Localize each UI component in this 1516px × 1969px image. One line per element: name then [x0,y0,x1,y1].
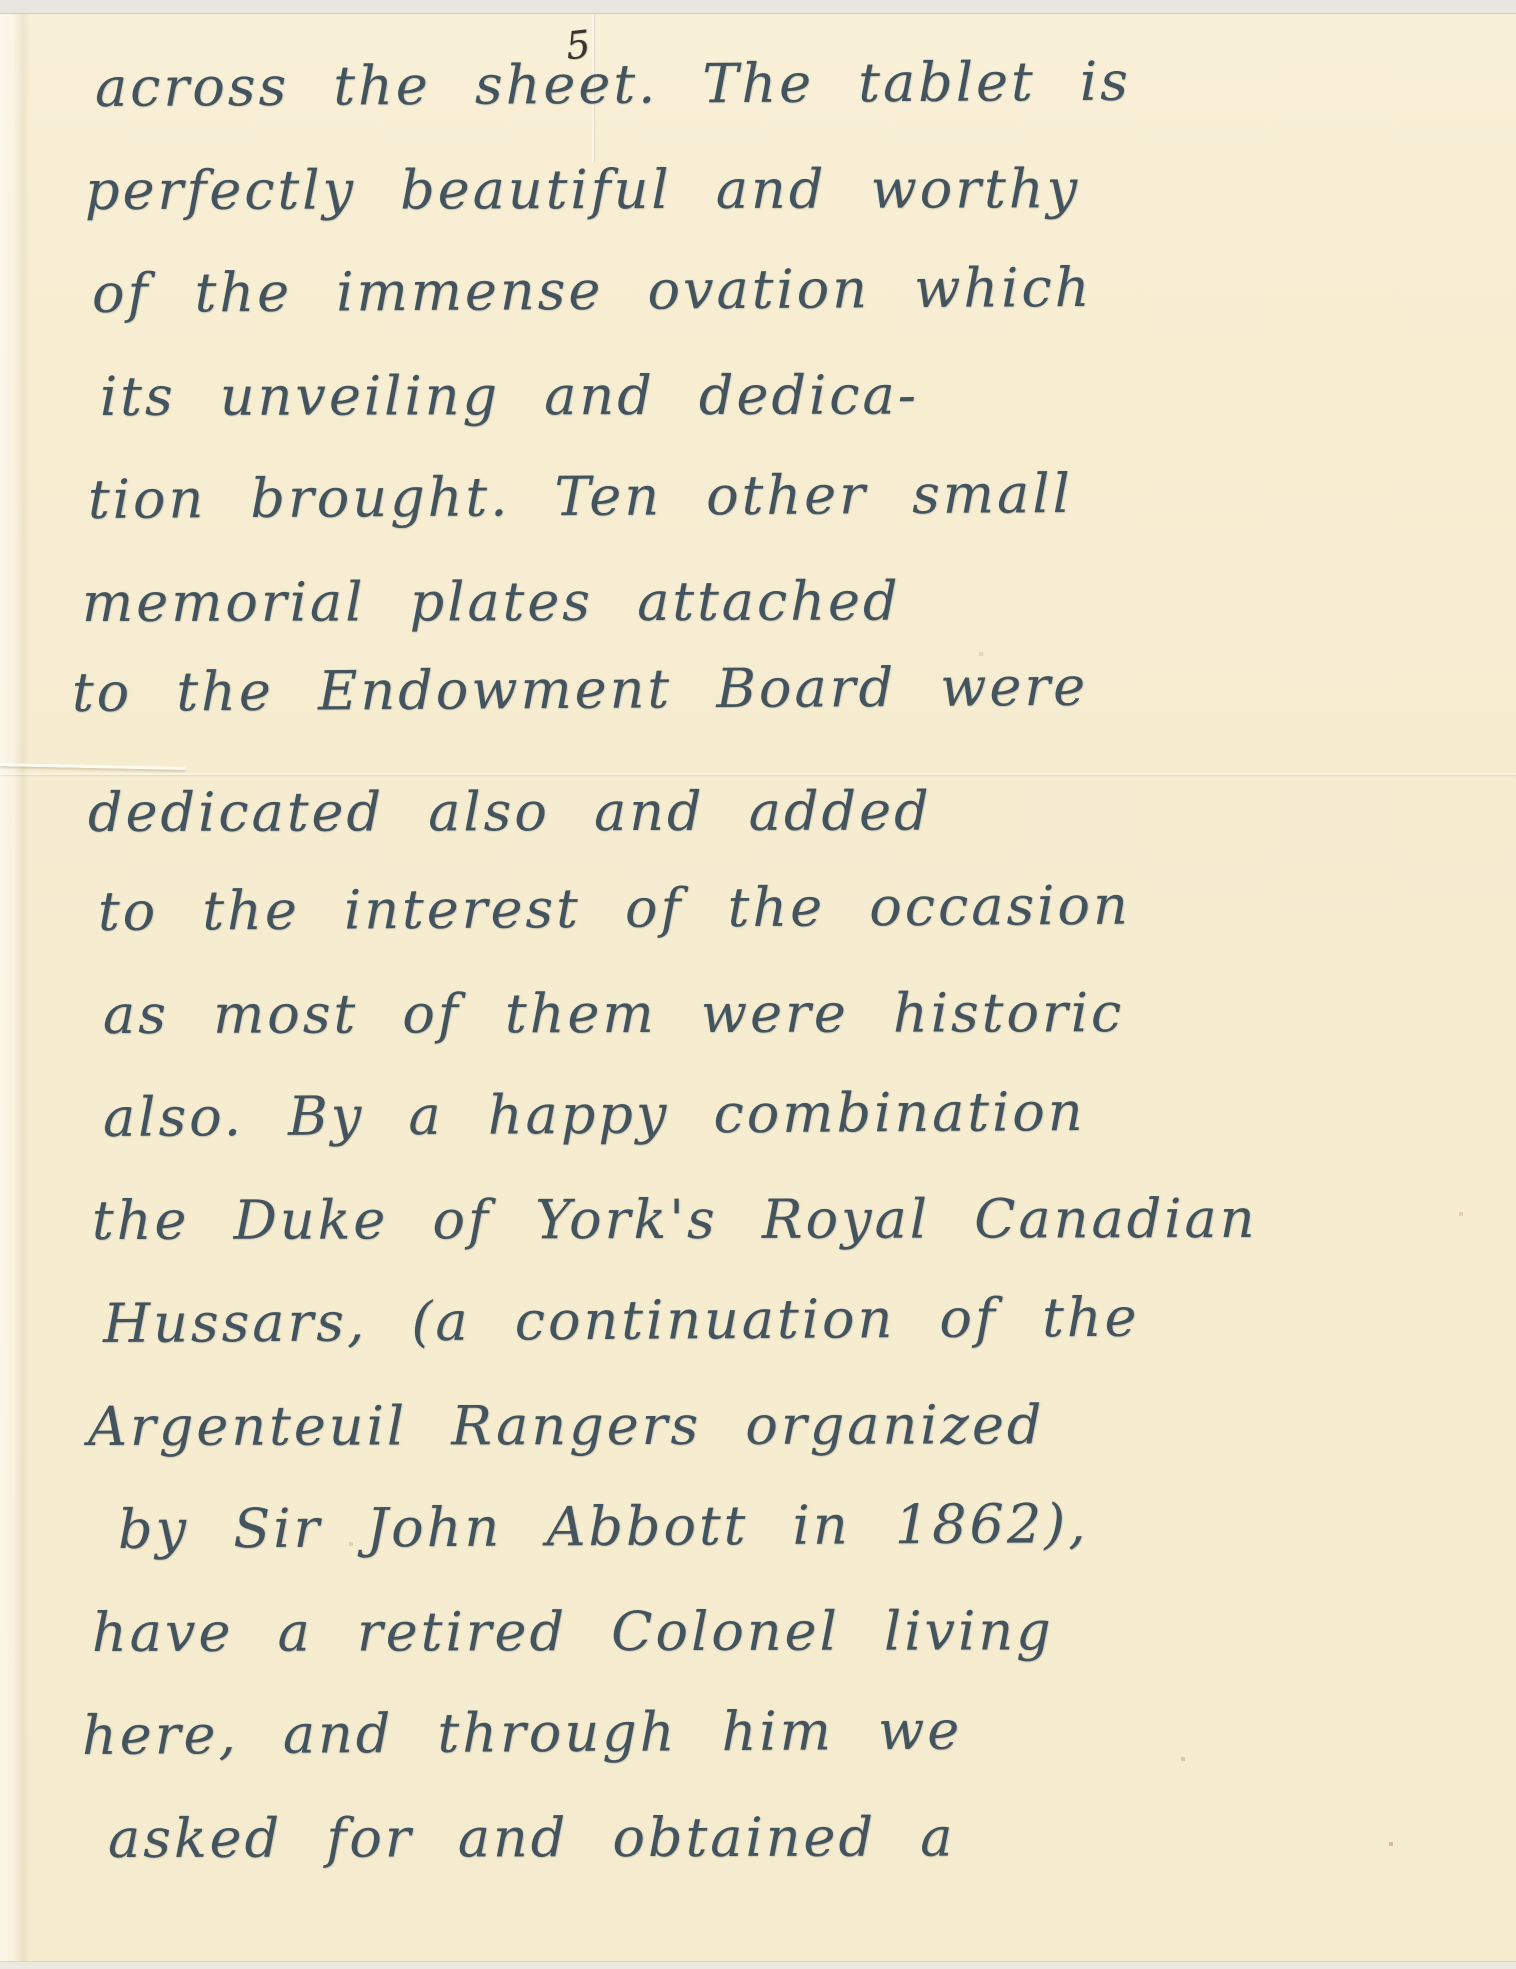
handwriting-line: asked for and obtained a [108,1808,956,1869]
handwriting-line: of the immense ovation which [92,258,1093,324]
handwriting-line: Argenteuil Rangers organized [88,1395,1045,1456]
handwriting-line: to the Endowment Board were [72,657,1089,723]
handwriting-line: to the interest of the occasion [98,876,1131,942]
handwriting-line: here, and through him we [82,1701,963,1766]
scanner-edge-top [0,0,1516,14]
handwriting-line: dedicated also and added [88,782,932,843]
handwriting-line: by Sir John Abbott in 1862), [118,1494,1089,1559]
handwriting-block: across the sheet. The tablet is perfectl… [0,13,1516,1962]
handwriting-line: tion brought. Ten other small [88,464,1073,529]
handwriting-line: perfectly beautiful and worthy [85,159,1080,220]
handwriting-line: memorial plates attached [82,572,901,633]
handwriting-line: its unveiling and dedica- [100,366,919,427]
handwriting-line: Hussars, (a continuation of the [103,1288,1140,1354]
handwriting-line: also. By a happy combination [103,1082,1086,1147]
scanned-letter-page: 5 across the sheet. The tablet is perfec… [0,0,1516,1969]
handwriting-line: as most of them were historic [103,983,1124,1044]
scanner-edge-bottom [0,1961,1516,1969]
paper-sheet: 5 across the sheet. The tablet is perfec… [0,13,1516,1962]
handwriting-line: the Duke of York's Royal Canadian [92,1189,1258,1250]
handwriting-line: have a retired Colonel living [92,1601,1054,1662]
handwriting-line: across the sheet. The tablet is [95,52,1131,118]
